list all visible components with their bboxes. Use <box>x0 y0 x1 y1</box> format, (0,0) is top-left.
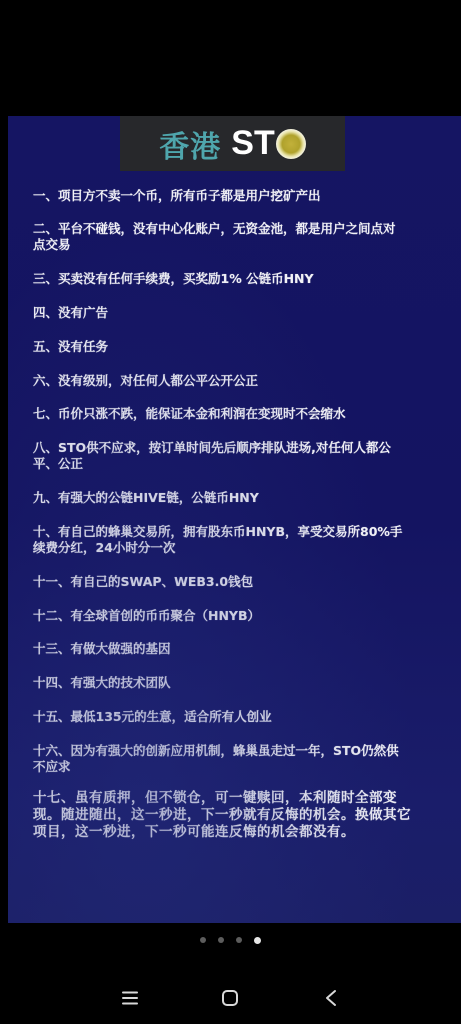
logo-chinese-text: 香港 <box>159 122 221 166</box>
list-item: 十二、有全球首创的币币聚合（HNYB） <box>33 608 260 624</box>
list-item: 四、没有广告 <box>33 305 108 321</box>
list-item: 十四、有强大的技术团队 <box>33 675 171 691</box>
logo-latin-text: ST <box>231 124 274 163</box>
recents-button[interactable] <box>110 980 150 1016</box>
list-item: 七、币价只涨不跌，能保证本金和利润在变现时不会缩水 <box>33 406 346 422</box>
back-button[interactable] <box>311 980 351 1016</box>
list-item: 十七、虽有质押，但不锁仓，可一键赎回，本利随时全部变现。随进随出，这一秒进，下一… <box>33 790 413 841</box>
recents-icon <box>121 990 139 1006</box>
logo-banner: 香港 ST <box>120 116 345 171</box>
page-dot-3[interactable] <box>236 937 242 943</box>
home-button[interactable] <box>210 980 250 1016</box>
list-item: 十一、有自己的SWAP、WEB3.0钱包 <box>33 574 253 590</box>
list-item: 六、没有级别，对任何人都公平公开公正 <box>33 373 258 389</box>
back-icon <box>324 989 338 1007</box>
page-dot-4-active[interactable] <box>254 937 261 944</box>
list-item: 十五、最低135元的生意，适合所有人创业 <box>33 709 272 725</box>
page-indicator <box>0 937 461 944</box>
gold-coin-icon <box>276 129 306 159</box>
list-item: 五、没有任务 <box>33 339 108 355</box>
image-viewer[interactable]: 香港 ST 一、项目方不卖一个币，所有币子都是用户挖矿产出 二、平台不碰钱，没有… <box>8 116 461 923</box>
list-item: 十六、因为有强大的创新应用机制，蜂巢虽走过一年，STO仍然供不应求 <box>33 743 403 775</box>
logo-sto: ST <box>231 124 305 163</box>
list-item: 十、有自己的蜂巢交易所，拥有股东币HNYB，享受交易所80%手续费分红，24小时… <box>33 524 403 556</box>
system-navigation-bar <box>0 980 461 1016</box>
list-item: 八、STO供不应求，按订单时间先后顺序排队进场,对任何人都公平、公正 <box>33 440 403 472</box>
list-item: 一、项目方不卖一个币，所有币子都是用户挖矿产出 <box>33 188 321 204</box>
page-dot-1[interactable] <box>200 937 206 943</box>
page-dot-2[interactable] <box>218 937 224 943</box>
list-item: 三、买卖没有任何手续费，买奖励1% 公链币HNY <box>33 271 314 287</box>
list-item: 二、平台不碰钱，没有中心化账户，无资金池，都是用户之间点对点交易 <box>33 221 403 253</box>
list-item: 十三、有做大做强的基因 <box>33 641 171 657</box>
list-item: 九、有强大的公链HIVE链，公链币HNY <box>33 490 259 506</box>
home-icon <box>221 989 239 1007</box>
